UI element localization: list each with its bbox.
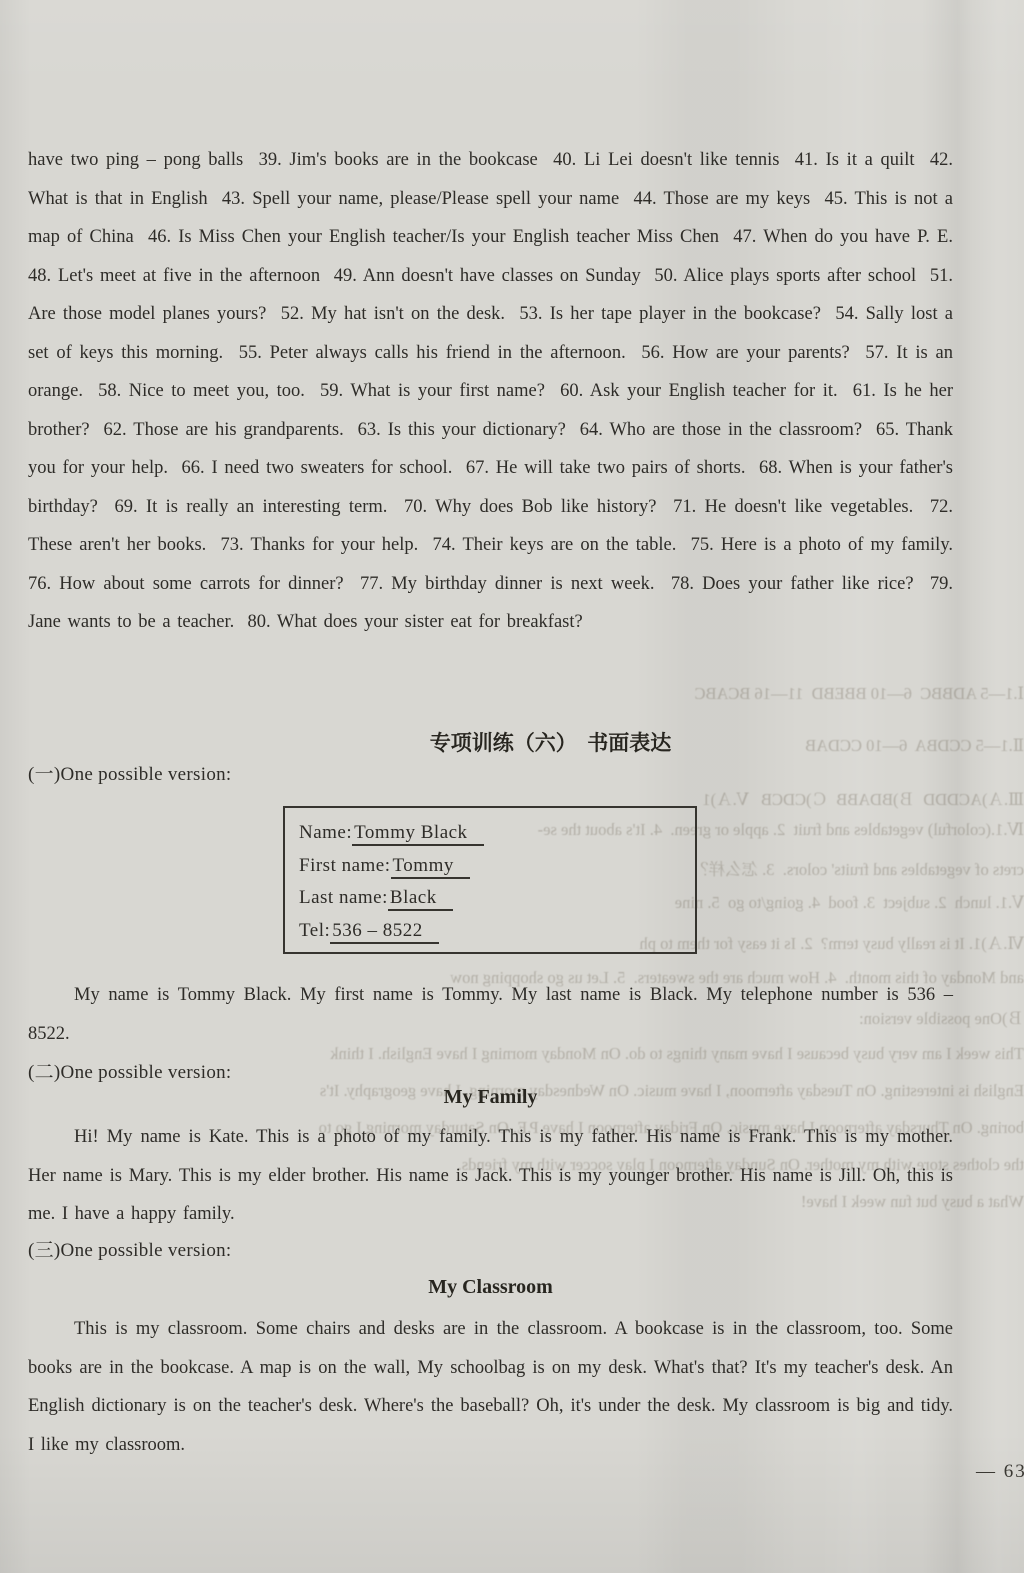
part1-paragraph: My name is Tommy Black. My first name is… <box>28 976 953 1053</box>
form-value: Tommy <box>391 855 470 879</box>
part2-label: (二)One possible version: <box>28 1058 953 1088</box>
page-number: — 63 <box>976 1461 1024 1483</box>
form-row-last-name: Last name:Black <box>299 882 685 915</box>
bleedthrough-text: Ⅰ.1—5 ADBBC 6—10 BBEBD 11—16 BCABC <box>0 684 1024 704</box>
name-form-box: Name:Tommy Black First name:Tommy Last n… <box>283 806 697 954</box>
form-value: Tommy Black <box>352 822 483 846</box>
scanned-answer-page: Ⅰ.1—5 ADBBC 6—10 BBEBD 11—16 BCABC Ⅱ.1—5… <box>0 0 1024 1573</box>
form-label: Tel: <box>299 920 330 941</box>
section-header: 专项训练（六） 书面表达 <box>88 727 1013 757</box>
my-classroom-paragraph: This is my classroom. Some chairs and de… <box>28 1310 953 1464</box>
my-family-paragraph: Hi! My name is Kate. This is a photo of … <box>28 1118 953 1234</box>
part3-label: (三)One possible version: <box>28 1236 953 1266</box>
form-label: Name: <box>299 822 352 843</box>
form-row-first-name: First name:Tommy <box>299 850 685 883</box>
form-row-tel: Tel:536 – 8522 <box>299 915 685 948</box>
essay-title-my-classroom: My Classroom <box>28 1276 953 1299</box>
form-label: Last name: <box>299 887 388 908</box>
form-row-name: Name:Tommy Black <box>299 817 685 850</box>
essay-title-my-family: My Family <box>28 1086 953 1109</box>
form-value: 536 – 8522 <box>330 920 439 944</box>
form-label: First name: <box>299 855 391 876</box>
answers-paragraph: have two ping – pong balls 39. Jim's boo… <box>28 141 953 642</box>
part1-label: (一)One possible version: <box>28 760 953 790</box>
form-value: Black <box>388 887 453 911</box>
